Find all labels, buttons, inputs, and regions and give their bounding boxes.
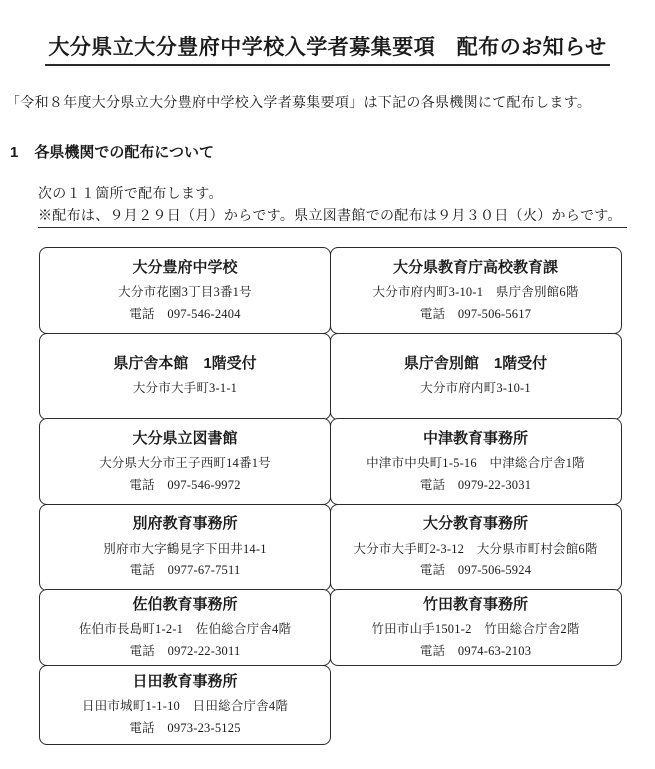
location-name: 竹田教育事務所 [423, 597, 528, 614]
table-row: 日田教育事務所 日田市城町1-1-10 日田総合庁舎4階 電話 0973-23-… [39, 665, 623, 745]
location-phone: 電話 097-546-9972 [129, 479, 240, 493]
location-phone: 電話 097-506-5924 [420, 564, 531, 578]
location-table: 大分豊府中学校 大分市花園3丁目3番1号 電話 097-546-2404 大分県… [39, 247, 623, 745]
empty-cell [330, 665, 622, 745]
table-row: 大分県立図書館 大分県大分市王子西町14番1号 電話 097-546-9972 … [39, 418, 623, 505]
location-phone: 電話 0973-23-5125 [129, 722, 240, 736]
location-card: 大分教育事務所 大分市大手町2-3-12 大分県市町村会館6階 電話 097-5… [330, 504, 622, 591]
location-card: 県庁舎別館 1階受付 大分市府内町3-10-1 [330, 333, 622, 420]
location-phone: 電話 0979-22-3031 [420, 479, 531, 493]
table-row: 別府教育事務所 別府市大字鶴見字下田井14-1 電話 0977-67-7511 … [39, 504, 623, 591]
location-card: 県庁舎本館 1階受付 大分市大手町3-1-1 [39, 333, 331, 420]
notice-document: 大分県立大分豊府中学校入学者募集要項 配布のお知らせ 「令和８年度大分県立大分豊… [0, 0, 655, 769]
section-heading: 1各県機関での配布について [10, 141, 214, 162]
location-address: 佐伯市長島町1-2-1 佐伯総合庁舎4階 [79, 623, 291, 637]
page-title: 大分県立大分豊府中学校入学者募集要項 配布のお知らせ [45, 31, 609, 66]
intro-text: 「令和８年度大分県立大分豊府中学校入学者募集要項」は下記の各県機関にて配布します… [6, 92, 591, 112]
location-name: 県庁舎本館 1階受付 [113, 356, 256, 373]
location-phone: 電話 0972-22-3011 [130, 645, 241, 659]
location-card: 別府教育事務所 別府市大字鶴見字下田井14-1 電話 0977-67-7511 [39, 504, 331, 591]
table-row: 佐伯教育事務所 佐伯市長島町1-2-1 佐伯総合庁舎4階 電話 0972-22-… [39, 589, 623, 666]
table-row: 県庁舎本館 1階受付 大分市大手町3-1-1 県庁舎別館 1階受付 大分市府内町… [39, 333, 623, 420]
location-phone: 電話 097-506-5617 [420, 308, 531, 322]
location-card: 大分県教育庁高校教育課 大分市府内町3-10-1 県庁舎別館6階 電話 097-… [330, 247, 622, 334]
location-phone: 電話 0977-67-7511 [130, 564, 241, 578]
location-phone: 電話 097-546-2404 [129, 308, 240, 322]
location-name: 佐伯教育事務所 [132, 597, 237, 614]
location-address: 大分市府内町3-10-1 [420, 382, 531, 396]
location-name: 中津教育事務所 [423, 431, 528, 448]
location-address: 大分市花園3丁目3番1号 [118, 286, 252, 300]
location-card: 佐伯教育事務所 佐伯市長島町1-2-1 佐伯総合庁舎4階 電話 0972-22-… [39, 589, 331, 666]
location-name: 県庁舎別館 1階受付 [404, 356, 547, 373]
location-card: 日田教育事務所 日田市城町1-1-10 日田総合庁舎4階 電話 0973-23-… [39, 665, 331, 745]
title-row: 大分県立大分豊府中学校入学者募集要項 配布のお知らせ [0, 31, 655, 66]
location-name: 大分豊府中学校 [132, 260, 237, 277]
location-address: 大分県大分市王子西町14番1号 [99, 457, 271, 471]
location-phone: 電話 0974-63-2103 [420, 645, 531, 659]
location-address: 別府市大字鶴見字下田井14-1 [103, 543, 266, 557]
location-name: 別府教育事務所 [132, 516, 237, 533]
location-card: 大分県立図書館 大分県大分市王子西町14番1号 電話 097-546-9972 [39, 418, 331, 505]
location-card: 竹田教育事務所 竹田市山手1501-2 竹田総合庁舎2階 電話 0974-63-… [330, 589, 622, 666]
location-name: 大分県教育庁高校教育課 [393, 260, 558, 277]
location-address: 中津市中央町1-5-16 中津総合庁舎1階 [366, 457, 585, 471]
location-card: 中津教育事務所 中津市中央町1-5-16 中津総合庁舎1階 電話 0979-22… [330, 418, 622, 505]
table-row: 大分豊府中学校 大分市花園3丁目3番1号 電話 097-546-2404 大分県… [39, 247, 623, 334]
location-card: 大分豊府中学校 大分市花園3丁目3番1号 電話 097-546-2404 [39, 247, 331, 334]
location-address: 日田市城町1-1-10 日田総合庁舎4階 [82, 700, 288, 714]
location-address: 竹田市山手1501-2 竹田総合庁舎2階 [371, 623, 579, 637]
location-name: 大分県立図書館 [132, 431, 237, 448]
location-address: 大分市大手町2-3-12 大分県市町村会館6階 [353, 543, 597, 557]
distribution-count-text: 次の１１箇所で配布します。 [38, 183, 223, 203]
section-number: 1 [10, 144, 18, 161]
location-address: 大分市大手町3-1-1 [133, 382, 237, 396]
location-address: 大分市府内町3-10-1 県庁舎別館6階 [372, 286, 578, 300]
location-name: 大分教育事務所 [423, 516, 528, 533]
distribution-note: ※配布は、９月２９日（月）からです。県立図書館での配布は９月３０日（火）からです… [38, 205, 627, 228]
location-name: 日田教育事務所 [132, 674, 237, 691]
section-heading-label: 各県機関での配布について [34, 144, 214, 161]
